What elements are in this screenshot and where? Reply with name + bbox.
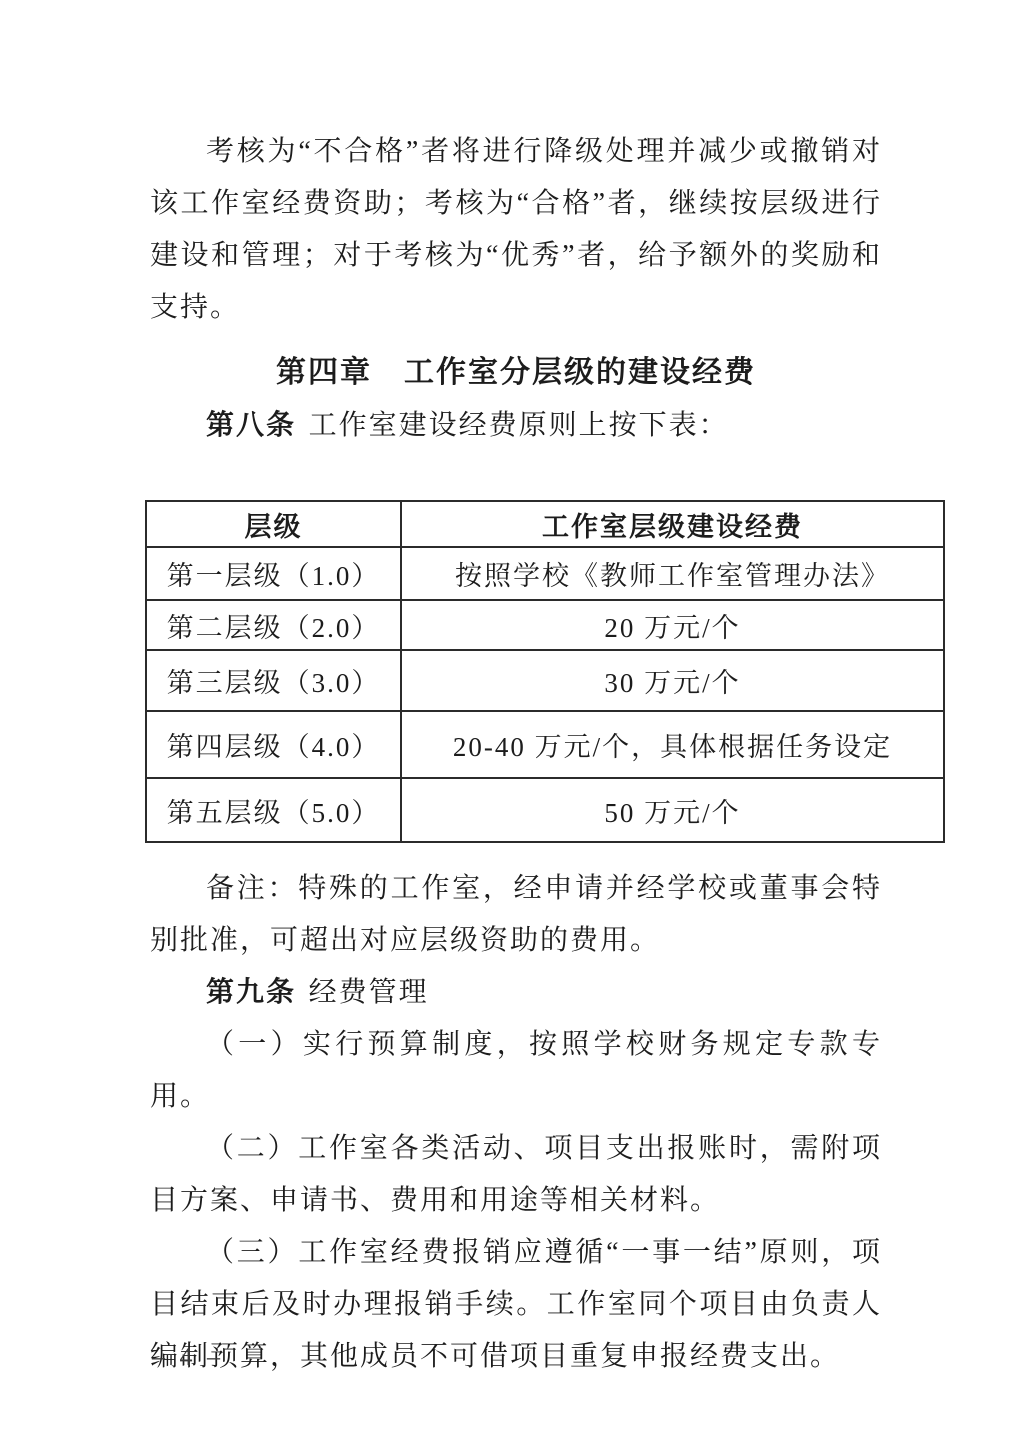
article-9-text: 经费管理	[309, 977, 429, 1008]
paragraph-assessment: 考核为“不合格”者将进行降级处理并减少或撤销对该工作室经费资助；考核为“合格”者…	[150, 126, 882, 334]
note-paragraph: 备注：特殊的工作室，经申请并经学校或董事会特别批准，可超出对应层级资助的费用。	[150, 863, 882, 967]
level-cell: 第三层级（3.0）	[146, 650, 401, 711]
document-page: 考核为“不合格”者将进行降级处理并减少或撤销对该工作室经费资助；考核为“合格”者…	[0, 0, 1024, 1448]
article-9-item-2: （二）工作室各类活动、项目支出报账时，需附项目方案、申请书、费用和用途等相关材料…	[150, 1123, 882, 1227]
table-header-level: 层级	[146, 501, 401, 547]
level-cell: 第一层级（1.0）	[146, 547, 401, 600]
fee-cell: 50 万元/个	[401, 778, 944, 842]
article-8-label: 第八条	[206, 410, 296, 441]
article-9-label: 第九条	[206, 977, 296, 1008]
table-row: 第三层级（3.0） 30 万元/个	[146, 650, 944, 711]
table-row: 第二层级（2.0） 20 万元/个	[146, 600, 944, 650]
table-header-row: 层级 工作室层级建设经费	[146, 501, 944, 547]
funding-table: 层级 工作室层级建设经费 第一层级（1.0） 按照学校《教师工作室管理办法》 第…	[145, 500, 945, 843]
table-row: 第一层级（1.0） 按照学校《教师工作室管理办法》	[146, 547, 944, 600]
level-cell: 第四层级（4.0）	[146, 711, 401, 778]
level-cell: 第二层级（2.0）	[146, 600, 401, 650]
article-9: 第九条经费管理	[150, 967, 882, 1019]
fee-cell: 30 万元/个	[401, 650, 944, 711]
article-9-item-3: （三）工作室经费报销应遵循“一事一结”原则，项目结束后及时办理报销手续。工作室同…	[150, 1227, 882, 1383]
level-cell: 第五层级（5.0）	[146, 778, 401, 842]
table-row: 第四层级（4.0） 20-40 万元/个，具体根据任务设定	[146, 711, 944, 778]
chapter-heading: 第四章 工作室分层级的建设经费	[150, 346, 882, 400]
article-8: 第八条工作室建设经费原则上按下表：	[150, 400, 882, 452]
table-row: 第五层级（5.0） 50 万元/个	[146, 778, 944, 842]
fee-cell: 按照学校《教师工作室管理办法》	[401, 547, 944, 600]
fee-cell: 20 万元/个	[401, 600, 944, 650]
page-number: – 4 –	[152, 1342, 224, 1372]
article-9-item-1: （一）实行预算制度，按照学校财务规定专款专用。	[150, 1019, 882, 1123]
article-8-text: 工作室建设经费原则上按下表：	[309, 410, 729, 441]
page-content: 考核为“不合格”者将进行降级处理并减少或撤销对该工作室经费资助；考核为“合格”者…	[150, 126, 882, 1383]
table-header-fee: 工作室层级建设经费	[401, 501, 944, 547]
fee-cell: 20-40 万元/个，具体根据任务设定	[401, 711, 944, 778]
